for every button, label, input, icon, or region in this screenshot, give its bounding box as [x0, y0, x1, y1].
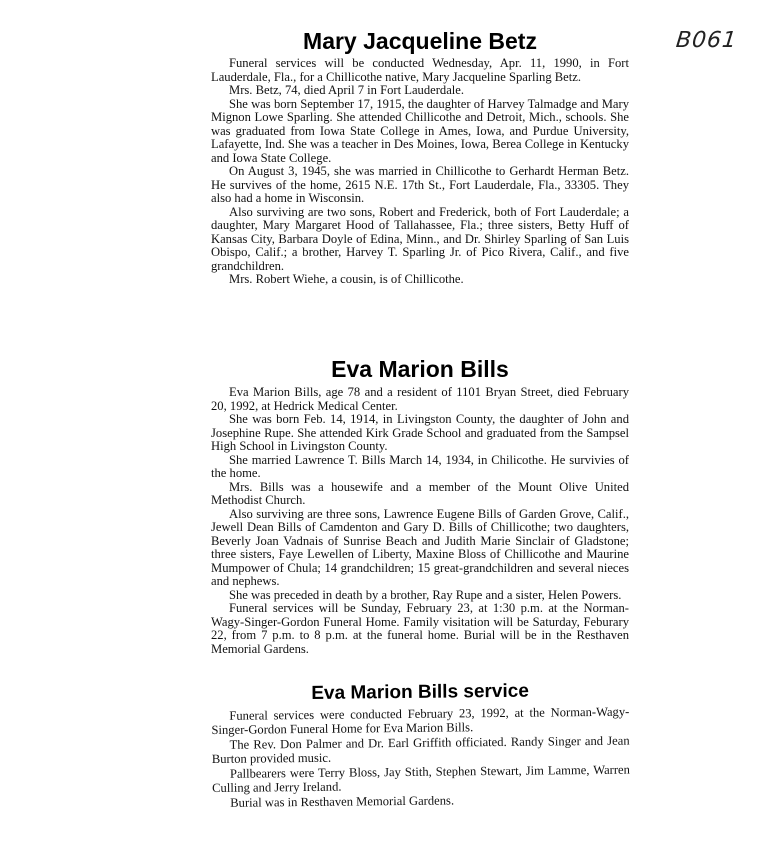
- headline-betz: Mary Jacqueline Betz: [211, 29, 629, 54]
- paragraph: Mrs. Robert Wiehe, a cousin, is of Chill…: [211, 273, 629, 287]
- paragraph: Funeral services will be Sunday, Februar…: [211, 602, 629, 656]
- obituary-betz: Mary Jacqueline Betz Funeral services wi…: [211, 29, 629, 287]
- scanned-clipping-page: B061 Mary Jacqueline Betz Funeral servic…: [0, 0, 759, 845]
- headline-bills-service: Eva Marion Bills service: [211, 681, 629, 706]
- obituary-bills: Eva Marion Bills Eva Marion Bills, age 7…: [211, 357, 629, 656]
- article-body: Eva Marion Bills, age 78 and a resident …: [211, 386, 629, 656]
- paragraph: Also surviving are three sons, Lawrence …: [211, 508, 629, 589]
- paragraph: She was born Feb. 14, 1914, in Livingsto…: [211, 413, 629, 454]
- paragraph: She married Lawrence T. Bills March 14, …: [211, 454, 629, 481]
- paragraph: Mrs. Bills was a housewife and a member …: [211, 481, 629, 508]
- paragraph: On August 3, 1945, she was married in Ch…: [211, 165, 629, 206]
- article-body: Funeral services will be conducted Wedne…: [211, 57, 629, 287]
- paragraph: Funeral services were conducted February…: [211, 705, 629, 738]
- paragraph: Also surviving are two sons, Robert and …: [211, 206, 629, 274]
- catalog-mark: B061: [675, 28, 739, 53]
- paragraph: Eva Marion Bills, age 78 and a resident …: [211, 386, 629, 413]
- paragraph: Pallbearers were Terry Bloss, Jay Stith,…: [212, 763, 630, 796]
- paragraph: The Rev. Don Palmer and Dr. Earl Griffit…: [212, 734, 630, 767]
- paragraph: She was preceded in death by a brother, …: [211, 589, 629, 603]
- paragraph: She was born September 17, 1915, the dau…: [211, 98, 629, 166]
- paragraph: Burial was in Resthaven Memorial Gardens…: [212, 792, 630, 811]
- service-notice-bills: Eva Marion Bills service Funeral service…: [211, 681, 630, 811]
- paragraph: Mrs. Betz, 74, died April 7 in Fort Laud…: [211, 84, 629, 98]
- headline-bills: Eva Marion Bills: [211, 357, 629, 382]
- article-body: Funeral services were conducted February…: [211, 705, 630, 811]
- paragraph: Funeral services will be conducted Wedne…: [211, 57, 629, 84]
